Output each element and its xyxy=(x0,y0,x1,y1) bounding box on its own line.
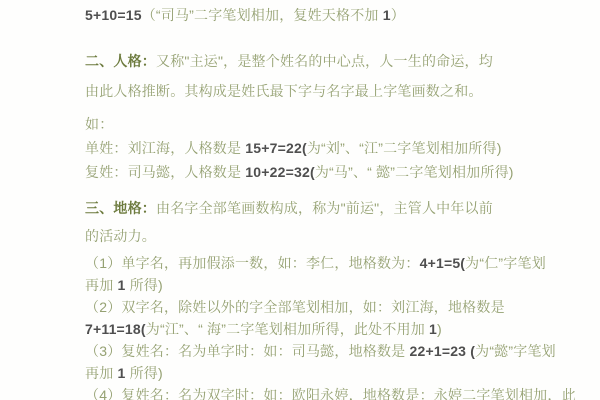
formula-value: 5+10=15 xyxy=(85,7,142,23)
list-item-2-line-1: （2）双字名，除姓以外的字全部笔划相加，如：刘江海，地格数是 xyxy=(85,296,563,318)
line-tiange-sima-note: 5+10=15（“司马”二字笔划相加，复姓天格不加 1） xyxy=(85,6,563,24)
formula-value: 15+7=22( xyxy=(245,140,307,156)
number-highlight: 1 xyxy=(118,365,126,381)
line-double-surname-example: 复姓：司马懿，人格数是 10+22=32(为“马”、“ 懿”二字笔划相加所得) xyxy=(85,160,563,184)
number-highlight: 1 xyxy=(118,277,126,293)
text-run: 为“马”、“ 懿”二字笔划相加所得) xyxy=(315,164,514,180)
line-single-surname-example: 单姓：刘江海，人格数是 15+7=22(为“刘”、“江”二字笔划相加所得) xyxy=(85,136,563,160)
formula-value: 7+11=18( xyxy=(85,321,146,337)
text-run: 为“江”、“ 海”二字笔划相加所得，此处不用加 xyxy=(146,321,429,337)
formula-value: 4+1=5( xyxy=(420,255,466,271)
text-run: 为“刘”、“江”二字笔划相加所得) xyxy=(307,140,502,156)
text-run: 为“懿”字笔划 xyxy=(475,343,556,359)
text-run: ) xyxy=(437,321,442,337)
list-item-3-line-1: （3）复姓名：名为单字时：如：司马懿，地格数是 22+1=23 (为“懿”字笔划 xyxy=(85,340,563,362)
article-body: 5+10=15（“司马”二字笔划相加，复姓天格不加 1） 二、人格：又称"主运"… xyxy=(85,6,563,400)
text-run: 的活动力。 xyxy=(85,228,156,244)
list-item-1-line-1: （1）单字名，再加假添一数，如：李仁，地格数为：4+1=5(为“仁”字笔划 xyxy=(85,252,563,274)
text-run: 又称"主运"，是整个姓名的中心点，人一生的命运，均 xyxy=(156,53,493,69)
para-renge-line-1: 二、人格：又称"主运"，是整个姓名的中心点，人一生的命运，均 xyxy=(85,46,563,76)
text-run: 所得) xyxy=(126,277,163,293)
list-item-2-line-2: 7+11=18(为“江”、“ 海”二字笔划相加所得，此处不用加 1) xyxy=(85,318,563,340)
text-run: 再加 xyxy=(85,365,118,381)
text-run: （4）复姓名：名为双字时：如：欧阳永婷，地格数是：永婷二字笔划相加，此 xyxy=(85,387,576,400)
text-run: （“司马”二字笔划相加，复姓天格不加 xyxy=(142,7,383,23)
section-heading-renge: 二、人格： xyxy=(85,53,156,69)
text-run: 如： xyxy=(85,116,113,132)
para-dige-line-1: 三、地格：由名字全部笔画数构成，称为"前运"，主管人中年以前 xyxy=(85,194,563,222)
line-example-intro: 如： xyxy=(85,112,563,136)
text-run: （1）单字名，再加假添一数，如：李仁，地格数为： xyxy=(85,255,420,271)
text-run: （2）双字名，除姓以外的字全部笔划相加，如：刘江海，地格数是 xyxy=(85,299,505,315)
text-run: 由名字全部笔画数构成，称为"前运"，主管人中年以前 xyxy=(156,200,493,216)
number-highlight: 1 xyxy=(383,7,391,23)
formula-value: 22+1=23 ( xyxy=(409,343,475,359)
text-run: （3）复姓名：名为单字时：如：司马懿，地格数是 xyxy=(85,343,409,359)
text-run: 所得) xyxy=(126,365,163,381)
number-highlight: 1 xyxy=(429,321,437,337)
list-item-3-line-2: 再加 1 所得) xyxy=(85,362,563,384)
text-run: 为“仁”字笔划 xyxy=(465,255,546,271)
para-dige-line-2: 的活动力。 xyxy=(85,222,563,250)
text-run: ） xyxy=(391,7,405,23)
text-run: 单姓：刘江海，人格数是 xyxy=(85,140,245,156)
document-page: 5+10=15（“司马”二字笔划相加，复姓天格不加 1） 二、人格：又称"主运"… xyxy=(0,0,600,400)
list-item-1-line-2: 再加 1 所得) xyxy=(85,274,563,296)
text-run: 由此人格推断。其构成是姓氏最下字与名字最上字笔画数之和。 xyxy=(85,83,483,99)
text-run: 再加 xyxy=(85,277,118,293)
text-run: 复姓：司马懿，人格数是 xyxy=(85,164,245,180)
formula-value: 10+22=32( xyxy=(245,164,315,180)
list-item-4-line-1: （4）复姓名：名为双字时：如：欧阳永婷，地格数是：永婷二字笔划相加，此 xyxy=(85,384,563,400)
section-heading-dige: 三、地格： xyxy=(85,200,156,216)
para-renge-line-2: 由此人格推断。其构成是姓氏最下字与名字最上字笔画数之和。 xyxy=(85,76,563,106)
